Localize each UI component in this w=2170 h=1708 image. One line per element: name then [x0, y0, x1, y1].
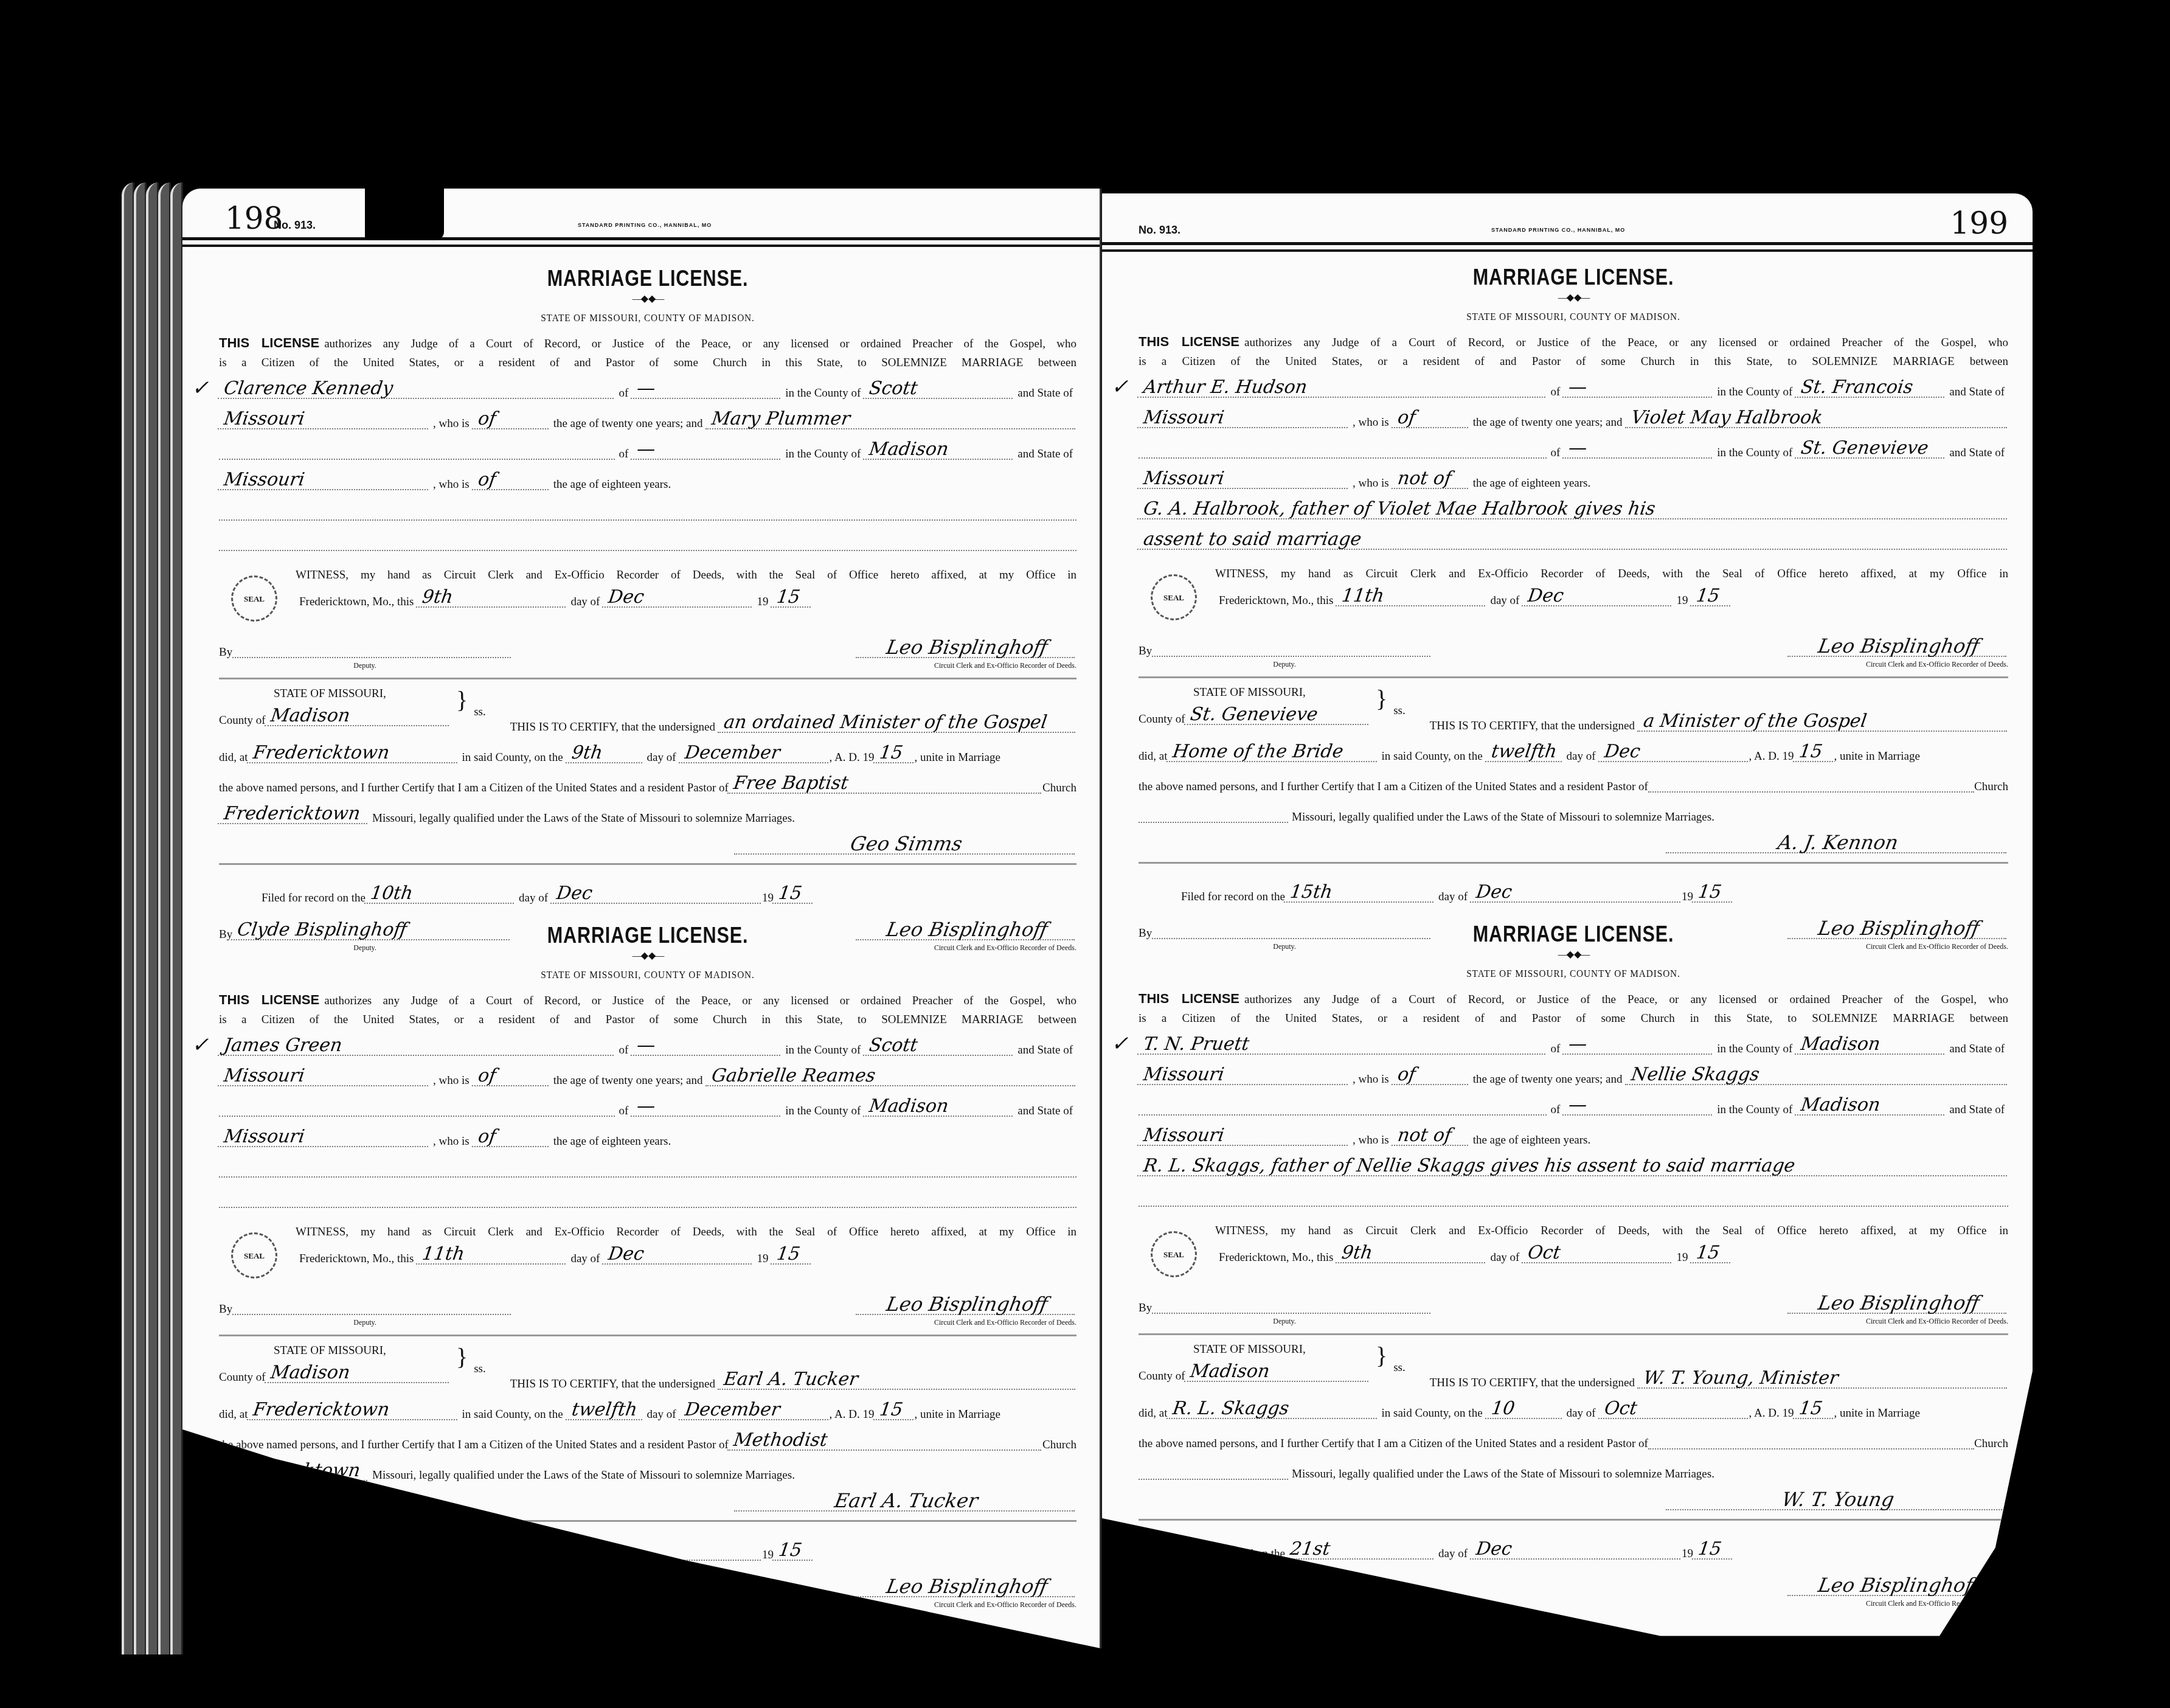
seal-icon: SEAL: [231, 1232, 277, 1279]
officiant-signature: Geo Simms: [734, 834, 1078, 855]
preamble-line-2: is a Citizen of the United States, or a …: [1139, 1013, 2008, 1024]
license-title: MARRIAGE LICENSE.: [1204, 266, 1943, 288]
divider: [219, 678, 1076, 679]
bride-residence: —: [1562, 439, 1714, 459]
bride-state: Missouri: [218, 1128, 431, 1147]
witness-year: 15: [1690, 587, 1733, 606]
deputy-signature: [1152, 656, 1430, 657]
clerk-signature-row: By Leo Bisplinghoff: [1139, 620, 2008, 657]
bride-state-row: Missouri , who is not of the age of eigh…: [1139, 459, 2008, 489]
groom-age: of: [471, 410, 550, 429]
filed-month: Dec: [550, 884, 763, 904]
ceremony-year: 15: [873, 1401, 915, 1420]
witness-year: 15: [1690, 1244, 1733, 1263]
consent-line-2: [219, 1178, 1076, 1208]
groom-residence: —: [631, 380, 783, 399]
witness-date-row: Fredericktown, Mo., this 9th day of Oct …: [1215, 1237, 2008, 1263]
checkmark-icon: ✓: [192, 1035, 209, 1056]
groom-state-row: Missouri , who is of the age of twenty o…: [219, 399, 1076, 429]
right-page: No. 913. STANDARD PRINTING CO., HANNIBAL…: [1102, 193, 2033, 1665]
bride-residence: —: [631, 1097, 783, 1117]
ceremony-row: did, at Fredericktown in said County, on…: [219, 1390, 1076, 1420]
bride-county: St. Genevieve: [1795, 439, 1947, 459]
filed-deputy: Clyde Bisplinghoff: [231, 1578, 512, 1597]
ceremony-month: December: [678, 744, 830, 763]
certificate-header: STATE OF MISSOURI, County of Madison }ss…: [219, 1345, 1076, 1390]
license-subtitle: STATE OF MISSOURI, COUNTY OF MADISON.: [1182, 968, 1965, 979]
clerk-signature-row: By Leo Bisplinghoff: [219, 1279, 1076, 1315]
divider: [1139, 1333, 2008, 1335]
witness-block: SEAL WITNESS, my hand as Circuit Clerk a…: [1139, 1225, 2008, 1277]
certificate-header: STATE OF MISSOURI, County of St. Genevie…: [1139, 687, 2008, 732]
preamble-line-2: is a Citizen of the United States, or a …: [219, 1014, 1076, 1026]
groom-state: Missouri: [1137, 1066, 1350, 1085]
witness-block: SEAL WITNESS, my hand as Circuit Clerk a…: [1139, 568, 2008, 620]
bride-county: Madison: [863, 1097, 1015, 1117]
clerk-signature: Leo Bisplinghoff: [1787, 636, 2010, 657]
church-denomination: Methodist: [727, 1431, 1044, 1451]
preamble-line-2: is a Citizen of the United States, or a …: [219, 357, 1076, 369]
ceremony-year: 15: [873, 744, 915, 763]
clerk-signature: Leo Bisplinghoff: [1787, 1293, 2010, 1314]
witness-month: Dec: [1522, 587, 1674, 606]
ornament-icon: —◆ ◆—: [1139, 293, 2008, 303]
ceremony-place: Home of the Bride: [1166, 743, 1379, 762]
bride-name: Violet May Halbrook: [1624, 409, 2009, 428]
groom-state: Missouri: [218, 1067, 431, 1086]
bride-age: not of: [1391, 1127, 1470, 1146]
bride-state-row: Missouri , who is not of the age of eigh…: [1139, 1116, 2008, 1146]
groom-row: ✓ Clarence Kennedy of — in the County of…: [219, 369, 1076, 399]
page-edge: [134, 182, 147, 1654]
license-title: MARRIAGE LICENSE.: [283, 925, 1013, 946]
license-title: MARRIAGE LICENSE.: [1204, 923, 1943, 945]
consent-line-1: [219, 490, 1076, 521]
bride-state-row: Missouri , who is of the age of eighteen…: [219, 460, 1076, 490]
checkmark-icon: ✓: [1111, 1034, 1129, 1055]
groom-name: Arthur E. Hudson: [1137, 378, 1548, 398]
bride-age: not of: [1391, 470, 1470, 489]
groom-age: of: [1391, 1066, 1470, 1085]
ceremony-place: Fredericktown: [246, 744, 459, 763]
clerk-signature-row: By Leo Bisplinghoff: [219, 622, 1076, 658]
officiant-signature-row: Geo Simms: [219, 824, 1076, 855]
ornament-icon: —◆ ◆—: [1139, 950, 2008, 960]
filed-year: 15: [772, 1541, 815, 1561]
bride-name: Gabrielle Reames: [705, 1067, 1078, 1086]
church-town: [1139, 822, 1288, 823]
ceremony-row: did, at Fredericktown in said County, on…: [219, 733, 1076, 763]
ceremony-month: Dec: [1598, 743, 1750, 762]
consent-line-1: G. A. Halbrook, father of Violet Mae Hal…: [1139, 489, 2008, 519]
officiant-signature-row: A. J. Kennon: [1139, 823, 2008, 853]
page-edge: [122, 182, 134, 1654]
officiant: Earl A. Tucker: [718, 1370, 1078, 1390]
witness-month: Dec: [602, 1245, 754, 1265]
witness-date-row: Fredericktown, Mo., this 9th day of Dec …: [296, 581, 1076, 608]
page-tab: [365, 189, 444, 240]
qualified-row: Missouri, legally qualified under the La…: [1139, 793, 2008, 823]
groom-county: Scott: [863, 380, 1015, 399]
license-subtitle: STATE OF MISSOURI, COUNTY OF MADISON.: [262, 313, 1034, 323]
bride-state: Missouri: [1137, 470, 1350, 489]
filed-signature-row: By Leo Bisplinghoff: [1139, 1560, 2008, 1596]
groom-residence: —: [631, 1036, 783, 1056]
bride-age: of: [471, 1128, 550, 1147]
page-edge: [146, 182, 159, 1654]
filed-clerk-signature: Leo Bisplinghoff: [1787, 1575, 2010, 1596]
witness-date-row: Fredericktown, Mo., this 11th day of Dec…: [296, 1238, 1076, 1265]
groom-name: James Green: [218, 1036, 617, 1056]
pastor-row: the above named persons, and I further C…: [219, 1420, 1076, 1451]
filed-row: Filed for record on the 15th day of Dec …: [1139, 872, 2008, 903]
witness-block: SEAL WITNESS, my hand as Circuit Clerk a…: [219, 1226, 1076, 1279]
groom-row: ✓ Arthur E. Hudson of — in the County of…: [1139, 367, 2008, 398]
bride-row: of — in the County of Madison and State …: [1139, 1085, 2008, 1116]
church-denomination: [1648, 1448, 1974, 1449]
groom-residence: —: [1562, 378, 1714, 398]
filed-day: 15th: [1284, 883, 1436, 903]
page-edge: [170, 182, 183, 1654]
ceremony-day: twelfth: [565, 1401, 644, 1420]
officiant-signature: A. J. Kennon: [1666, 833, 2010, 853]
filed-signature-row: ByClyde Bisplinghoff Leo Bisplinghoff: [219, 1561, 1076, 1597]
marriage-license: MARRIAGE LICENSE. —◆ ◆— STATE OF MISSOUR…: [219, 268, 1076, 951]
license-title: MARRIAGE LICENSE.: [283, 268, 1013, 290]
filed-year: 15: [1692, 1540, 1735, 1560]
qualified-row: Fredericktown Missouri, legally qualifie…: [219, 1451, 1076, 1481]
officiant: a Minister of the Gospel: [1637, 712, 2010, 732]
filed-clerk-signature: Leo Bisplinghoff: [856, 1577, 1078, 1597]
form-number: No. 913.: [274, 219, 316, 232]
ceremony-row: did, at Home of the Bride in said County…: [1139, 732, 2008, 762]
page-number: 199: [1950, 206, 2008, 241]
officiant-signature: W. T. Young: [1666, 1490, 2010, 1510]
ceremony-row: did, at R. L. Skaggs in said County, on …: [1139, 1389, 2008, 1419]
cert-county: St. Genevieve: [1184, 706, 1371, 725]
bride-residence: —: [1562, 1096, 1714, 1116]
clerk-signature-row: By Leo Bisplinghoff: [1139, 1277, 2008, 1314]
license-subtitle: STATE OF MISSOURI, COUNTY OF MADISON.: [262, 970, 1034, 980]
consent-line-2: [219, 521, 1076, 551]
ceremony-year: 15: [1792, 1400, 1835, 1419]
divider: [1139, 862, 2008, 864]
marriage-license: MARRIAGE LICENSE. —◆ ◆— STATE OF MISSOUR…: [1139, 266, 2008, 950]
clerk-signature: Leo Bisplinghoff: [856, 1294, 1078, 1315]
left-page: 198 No. 913. STANDARD PRINTING CO., HANN…: [182, 189, 1101, 1648]
page-header: No. 913. STANDARD PRINTING CO., HANNIBAL…: [1102, 193, 2033, 245]
groom-row: ✓ James Green of — in the County of Scot…: [219, 1026, 1076, 1056]
groom-age: of: [471, 1067, 550, 1086]
witness-day: 11th: [416, 1245, 568, 1265]
groom-row: ✓ T. N. Pruett of — in the County of Mad…: [1139, 1024, 2008, 1055]
seal-icon: SEAL: [1151, 1231, 1197, 1277]
ceremony-day: twelfth: [1485, 743, 1564, 762]
filed-year: 15: [1692, 883, 1735, 903]
groom-residence: —: [1562, 1035, 1714, 1055]
bride-row: of — in the County of St. Genevieve and …: [1139, 428, 2008, 459]
page-header: 198 No. 913. STANDARD PRINTING CO., HANN…: [182, 189, 1101, 240]
witness-year: 15: [771, 588, 813, 608]
filed-day: 13th: [364, 1541, 516, 1561]
filed-month: Dec: [1470, 883, 1683, 903]
filed-year: 15: [772, 884, 815, 904]
groom-name: T. N. Pruett: [1137, 1035, 1548, 1055]
pastor-row: the above named persons, and I further C…: [1139, 762, 2008, 793]
checkmark-icon: ✓: [192, 378, 209, 399]
page-edge: [158, 182, 171, 1654]
filed-month: Dec: [550, 1541, 763, 1561]
bride-name: Nellie Skaggs: [1624, 1066, 2009, 1085]
preamble: THIS LICENSEauthorizes any Judge of a Co…: [1139, 335, 2008, 349]
consent-line-1: [219, 1147, 1076, 1178]
church-town: [1139, 1479, 1288, 1480]
deputy-signature: [232, 657, 511, 658]
groom-name: Clarence Kennedy: [218, 380, 617, 399]
ornament-icon: —◆ ◆—: [219, 951, 1076, 961]
filed-day: 21st: [1284, 1540, 1436, 1560]
certificate-header: STATE OF MISSOURI, County of Madison }ss…: [1139, 1344, 2008, 1389]
certificate-header: STATE OF MISSOURI, County of Madison }ss…: [219, 688, 1076, 733]
witness-block: SEAL WITNESS, my hand as Circuit Clerk a…: [219, 569, 1076, 622]
book-spine: [1100, 189, 1101, 1648]
preamble: THIS LICENSEauthorizes any Judge of a Co…: [1139, 992, 2008, 1005]
church-denomination: Free Baptist: [727, 774, 1044, 794]
divider: [219, 1335, 1076, 1336]
witness-day: 11th: [1336, 587, 1488, 606]
ceremony-month: December: [678, 1401, 830, 1420]
divider: [219, 863, 1076, 865]
pastor-row: the above named persons, and I further C…: [219, 763, 1076, 794]
preamble: THIS LICENSEauthorizes any Judge of a Co…: [219, 336, 1076, 350]
cert-county: Madison: [1184, 1363, 1371, 1382]
filed-row: Filed for record on the 13th day of Dec …: [219, 1530, 1076, 1561]
groom-age: of: [1391, 409, 1470, 428]
witness-date-row: Fredericktown, Mo., this 11th day of Dec…: [1215, 580, 2008, 606]
officiant: W. T. Young, Minister: [1637, 1369, 2010, 1389]
consent-line-1: R. L. Skaggs, father of Nellie Skaggs gi…: [1139, 1146, 2008, 1176]
qualified-row: Fredericktown Missouri, legally qualifie…: [219, 794, 1076, 824]
church-town: Fredericktown: [218, 1462, 370, 1481]
ceremony-month: Oct: [1598, 1400, 1750, 1419]
ornament-icon: —◆ ◆—: [219, 294, 1076, 304]
groom-county: Scott: [863, 1036, 1015, 1056]
filed-row: Filed for record on the 21st day of Dec …: [1139, 1529, 2008, 1560]
divider: [1139, 1519, 2008, 1521]
bride-age: of: [471, 471, 550, 490]
witness-month: Oct: [1522, 1244, 1674, 1263]
witness-year: 15: [771, 1245, 813, 1265]
preamble: THIS LICENSEauthorizes any Judge of a Co…: [219, 993, 1076, 1007]
filed-day: 10th: [364, 884, 516, 904]
groom-state: Missouri: [218, 410, 431, 429]
bride-county: Madison: [1795, 1096, 1947, 1116]
filed-month: Dec: [1470, 1540, 1683, 1560]
ceremony-year: 15: [1792, 743, 1835, 762]
witness-day: 9th: [416, 588, 568, 608]
license-subtitle: STATE OF MISSOURI, COUNTY OF MADISON.: [1182, 311, 1965, 322]
witness-day: 9th: [1336, 1244, 1488, 1263]
cert-county: Madison: [264, 1364, 451, 1383]
bride-row: of — in the County of Madison and State …: [219, 429, 1076, 460]
church-town: Fredericktown: [218, 805, 370, 824]
filed-deputy: [1152, 1595, 1430, 1596]
consent-line-2: assent to said marriage: [1139, 519, 2008, 550]
groom-state: Missouri: [1137, 409, 1350, 428]
officiant-signature-row: W. T. Young: [1139, 1480, 2008, 1510]
seal-icon: SEAL: [231, 575, 277, 622]
ceremony-place: Fredericktown: [246, 1401, 459, 1420]
bride-state: Missouri: [218, 471, 431, 490]
groom-state-row: Missouri , who is of the age of twenty o…: [1139, 398, 2008, 428]
officiant: an ordained Minister of the Gospel: [718, 713, 1078, 733]
consent-line-2: [1139, 1176, 2008, 1207]
qualified-row: Missouri, legally qualified under the La…: [1139, 1449, 2008, 1480]
seal-icon: SEAL: [1151, 574, 1197, 620]
preamble-line-2: is a Citizen of the United States, or a …: [1139, 356, 2008, 367]
divider: [1139, 676, 2008, 678]
form-number: No. 913.: [1139, 224, 1180, 237]
witness-month: Dec: [602, 588, 754, 608]
marriage-license: MARRIAGE LICENSE. —◆ ◆— STATE OF MISSOUR…: [219, 925, 1076, 1608]
officiant-signature-row: Earl A. Tucker: [219, 1481, 1076, 1512]
deputy-signature: [232, 1314, 511, 1315]
bride-residence: —: [631, 440, 783, 460]
printer-imprint: STANDARD PRINTING CO., HANNIBAL, MO: [1491, 227, 1625, 233]
church-denomination: [1648, 791, 1974, 793]
bride-state: Missouri: [1137, 1127, 1350, 1146]
ceremony-day: 9th: [565, 744, 644, 763]
checkmark-icon: ✓: [1111, 377, 1129, 398]
groom-county: St. Francois: [1795, 378, 1947, 398]
ceremony-place: R. L. Skaggs: [1166, 1400, 1379, 1419]
bride-county: Madison: [863, 440, 1015, 460]
bride-state-row: Missouri , who is of the age of eighteen…: [219, 1117, 1076, 1147]
groom-state-row: Missouri , who is of the age of twenty o…: [1139, 1055, 2008, 1085]
groom-county: Madison: [1795, 1035, 1947, 1055]
deputy-signature: [1152, 1313, 1430, 1314]
pastor-row: the above named persons, and I further C…: [1139, 1419, 2008, 1449]
cert-county: Madison: [264, 707, 451, 726]
groom-state-row: Missouri , who is of the age of twenty o…: [219, 1056, 1076, 1086]
bride-name: Mary Plummer: [705, 410, 1078, 429]
marriage-license: MARRIAGE LICENSE. —◆ ◆— STATE OF MISSOUR…: [1139, 923, 2008, 1607]
printer-imprint: STANDARD PRINTING CO., HANNIBAL, MO: [578, 222, 712, 228]
ceremony-day: 10: [1485, 1400, 1564, 1419]
bride-row: of — in the County of Madison and State …: [219, 1086, 1076, 1117]
filed-row: Filed for record on the 10th day of Dec …: [219, 873, 1076, 904]
officiant-signature: Earl A. Tucker: [734, 1491, 1078, 1512]
clerk-signature: Leo Bisplinghoff: [856, 637, 1078, 658]
divider: [219, 1520, 1076, 1522]
